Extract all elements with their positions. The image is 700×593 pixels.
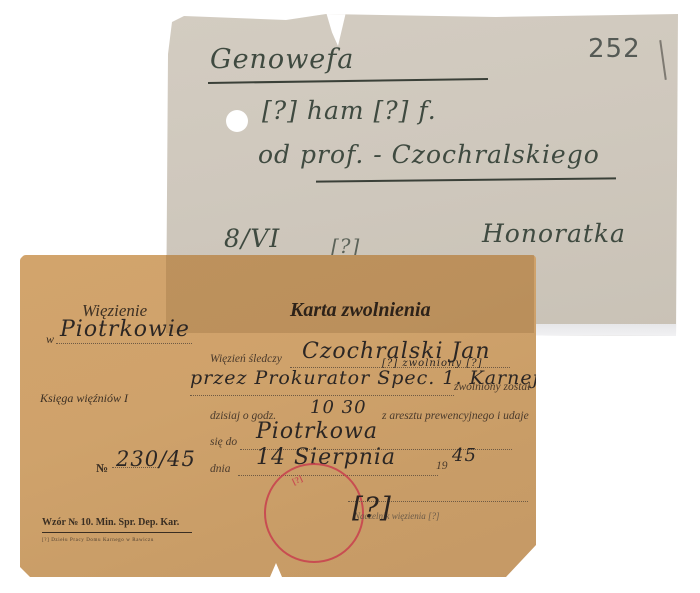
number-label: № bbox=[96, 461, 108, 476]
stamp-text: [?] bbox=[290, 473, 304, 487]
prison-city: Piotrkowie bbox=[60, 317, 190, 342]
note-line-3-underline bbox=[316, 177, 616, 182]
card-title: Karta zwolnienia bbox=[290, 299, 431, 322]
torn-notch bbox=[326, 12, 346, 46]
year-value: 45 bbox=[452, 445, 477, 466]
note-line-3: od prof. - Czochralskiego bbox=[258, 140, 600, 169]
destination-label: się do bbox=[210, 436, 237, 448]
note-title: Genowefa bbox=[210, 44, 354, 75]
red-stamp: [?] bbox=[264, 463, 364, 563]
form-id: Wzór № 10. Min. Spr. Dep. Kar. bbox=[42, 517, 179, 528]
released-label: zwolniony został bbox=[454, 381, 530, 393]
note-line-2: [?] ham [?] f. bbox=[262, 96, 437, 125]
year-prefix: 19 bbox=[436, 460, 448, 472]
date-label: dnia bbox=[210, 463, 230, 475]
note-signature: Honoratka bbox=[482, 219, 626, 248]
printer-imprint: [?] Dziełu Pracy Domu Karnego w Rawiczu bbox=[42, 538, 154, 543]
archive-number: 252 bbox=[588, 34, 641, 64]
destination-value: Piotrkowa bbox=[256, 419, 378, 444]
form-rule bbox=[42, 532, 192, 533]
note-title-underline bbox=[208, 78, 488, 84]
signature: [?] bbox=[352, 491, 392, 524]
release-card: Więzienie w Piotrkowie Karta zwolnienia … bbox=[20, 255, 536, 577]
number-line bbox=[112, 467, 160, 468]
margin-mark bbox=[659, 40, 667, 80]
prison-prefix: w bbox=[46, 332, 54, 347]
prisoner-label: Więzień śledczy bbox=[210, 353, 282, 365]
by-superscript: [?] zwolniony [?] bbox=[382, 358, 482, 369]
note-scribble: [?] bbox=[331, 234, 360, 258]
note-date: 8/VI bbox=[224, 224, 280, 253]
punch-hole bbox=[226, 110, 248, 132]
prison-city-line bbox=[56, 343, 192, 344]
custody-label: z aresztu prewencyjnego i udaje bbox=[382, 410, 529, 422]
by-line bbox=[190, 395, 454, 396]
book-label: Księga więźniów I bbox=[40, 391, 128, 406]
time-value: 10 30 bbox=[310, 397, 367, 418]
